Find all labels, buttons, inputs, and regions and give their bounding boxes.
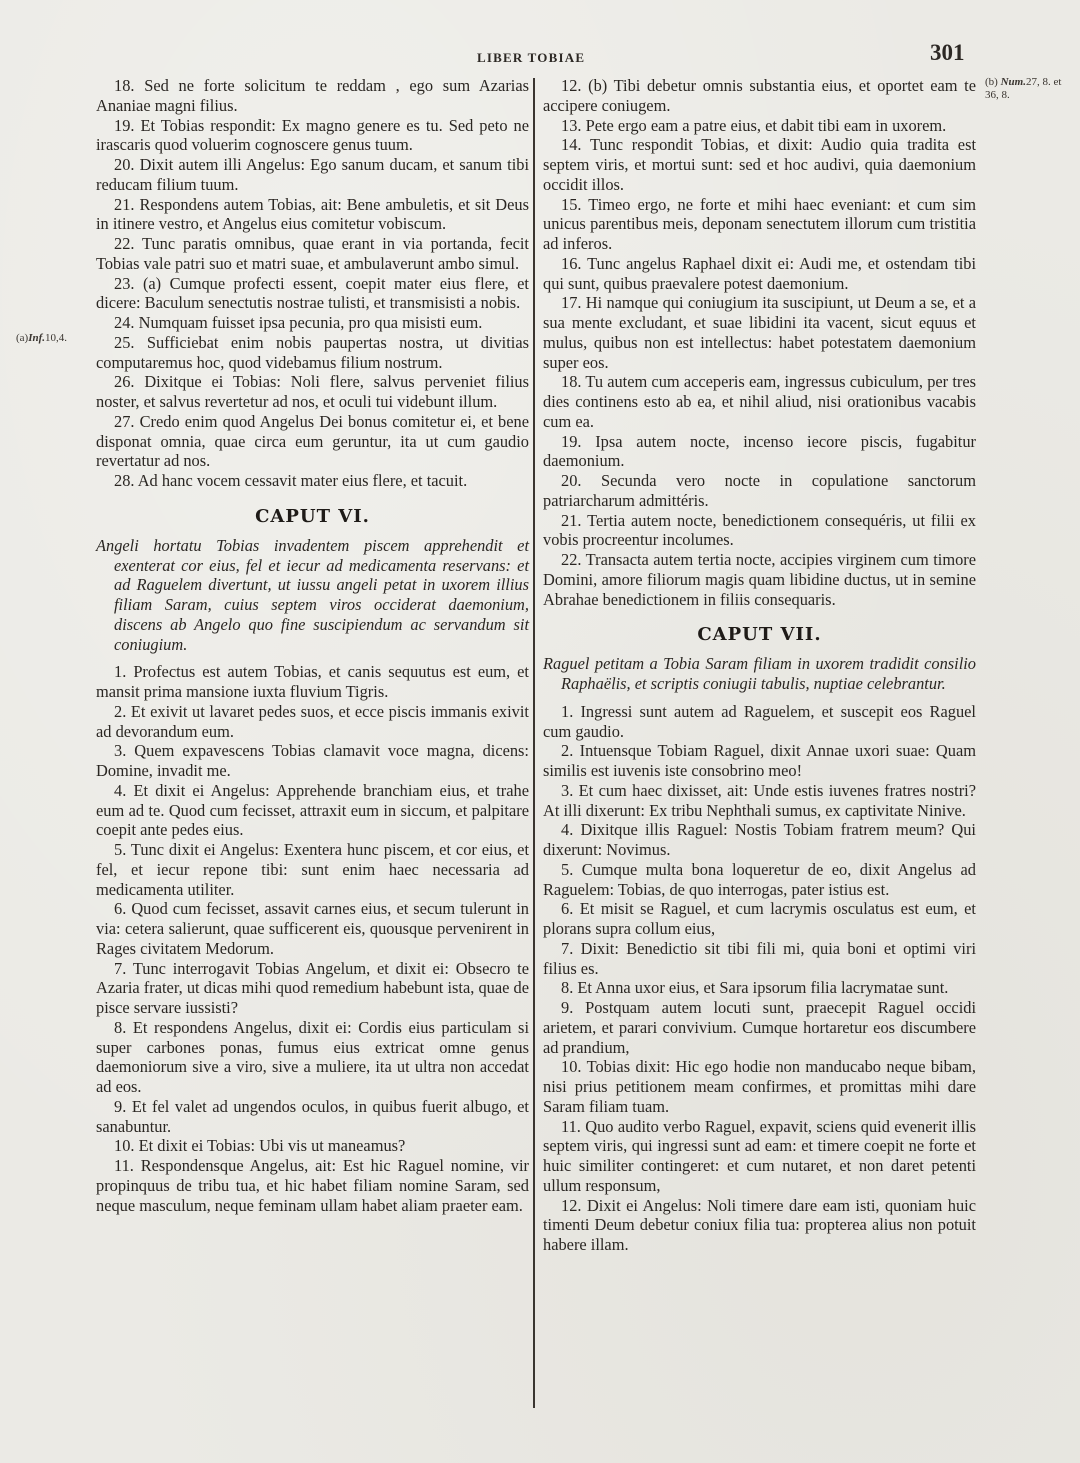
- verse-number: 19.: [114, 116, 135, 135]
- verse-number: 9.: [114, 1097, 126, 1116]
- verse-number: 8.: [114, 1018, 126, 1037]
- verse-number: 2.: [114, 702, 126, 721]
- verse: 19. Ipsa autem nocte, incenso iecore pis…: [543, 432, 976, 472]
- running-head: LIBER TOBIAE 301: [0, 46, 1080, 68]
- verse-text: Tunc angelus Raphael dixit ei: Audi me, …: [543, 254, 976, 293]
- verse-number: 5.: [561, 860, 573, 879]
- verse: 21. Respondens autem Tobias, ait: Bene a…: [96, 195, 529, 235]
- verse-text: Et respondens Angelus, dixit ei: Cordis …: [96, 1018, 529, 1096]
- verse-text: Et Anna uxor eius, et Sara ipsorum filia…: [577, 978, 948, 997]
- verse: 24. Numquam fuisset ipsa pecunia, pro qu…: [96, 313, 529, 333]
- verse: 18. Sed ne forte solicitum te reddam , e…: [96, 76, 529, 116]
- verse: 18. Tu autem cum acceperis eam, ingressu…: [543, 372, 976, 431]
- verse: 22. Transacta autem tertia nocte, accipi…: [543, 550, 976, 609]
- verse-list-ch6: 1. Profectus est autem Tobias, et canis …: [96, 662, 529, 1215]
- verse: 25. Sufficiebat enim nobis paupertas nos…: [96, 333, 529, 373]
- verse-text: Quod cum fecisset, assavit carnes eius, …: [96, 899, 529, 958]
- verse: 12. Dixit ei Angelus: Noli timere dare e…: [543, 1196, 976, 1255]
- verse-number: 5.: [114, 840, 126, 859]
- verse-text: Tu autem cum acceperis eam, ingressus cu…: [543, 372, 976, 431]
- right-column: 12. (b) Tibi debetur omnis substantia ei…: [543, 76, 976, 1255]
- margin-note-marker: (a): [16, 332, 28, 344]
- verse-text: Quo audito verbo Raguel, expavit, sciens…: [543, 1117, 976, 1195]
- verse-text: Ad hanc vocem cessavit mater eius flere,…: [138, 471, 468, 490]
- verse: 4. Dixitque illis Raguel: Nostis Tobiam …: [543, 820, 976, 860]
- verse: 11. Quo audito verbo Raguel, expavit, sc…: [543, 1117, 976, 1196]
- verse: 7. Tunc interrogavit Tobias Angelum, et …: [96, 959, 529, 1018]
- verse-text: Dixit autem illi Angelus: Ego sanum duca…: [96, 155, 529, 194]
- verse-text: Et dixit ei Tobias: Ubi vis ut maneamus?: [139, 1136, 406, 1155]
- verse-number: 22.: [561, 550, 582, 569]
- verse: 15. Timeo ergo, ne forte et mihi haec ev…: [543, 195, 976, 254]
- verse: 22. Tunc paratis omnibus, quae erant in …: [96, 234, 529, 274]
- verse: 6. Quod cum fecisset, assavit carnes eiu…: [96, 899, 529, 958]
- verse-text: Cumque multa bona loqueretur de eo, dixi…: [543, 860, 976, 899]
- verse-number: 11.: [561, 1117, 581, 1136]
- verse-text: Respondensque Angelus, ait: Est hic Ragu…: [96, 1156, 529, 1215]
- verse-number: 21.: [114, 195, 135, 214]
- verse: 19. Et Tobias respondit: Ex magno genere…: [96, 116, 529, 156]
- verse-text: Numquam fuisset ipsa pecunia, pro qua mi…: [139, 313, 483, 332]
- verse-text: (b) Tibi debetur omnis substantia eius, …: [543, 76, 976, 115]
- verse-text: Et fel valet ad ungendos oculos, in quib…: [96, 1097, 529, 1136]
- verse: 4. Et dixit ei Angelus: Apprehende branc…: [96, 781, 529, 840]
- verse-number: 27.: [114, 412, 135, 431]
- verse-text: Dixitque ei Tobias: Noli flere, salvus p…: [96, 372, 529, 411]
- verse: 1. Ingressi sunt autem ad Raguelem, et s…: [543, 702, 976, 742]
- verse: 2. Et exivit ut lavaret pedes suos, et e…: [96, 702, 529, 742]
- verse: 16. Tunc angelus Raphael dixit ei: Audi …: [543, 254, 976, 294]
- verse-number: 22.: [114, 234, 135, 253]
- verse-number: 12.: [561, 76, 582, 95]
- verse: 3. Et cum haec dixisset, ait: Unde estis…: [543, 781, 976, 821]
- column-divider: [533, 78, 535, 1408]
- verse: 8. Et respondens Angelus, dixit ei: Cord…: [96, 1018, 529, 1097]
- verse-text: Tobias dixit: Hic ego hodie non manducab…: [543, 1057, 976, 1116]
- verse-number: 3.: [114, 741, 126, 760]
- verse-number: 18.: [114, 76, 135, 95]
- verse-text: Profectus est autem Tobias, et canis seq…: [96, 662, 529, 701]
- verse-number: 19.: [561, 432, 582, 451]
- verse-number: 17.: [561, 293, 582, 312]
- verse-number: 11.: [114, 1156, 134, 1175]
- verse-list-ch5: 18. Sed ne forte solicitum te reddam , e…: [96, 76, 529, 491]
- verse-number: 10.: [561, 1057, 582, 1076]
- chapter-summary-7: Raguel petitam a Tobia Saram filiam in u…: [543, 654, 976, 694]
- verse-text: Dixit ei Angelus: Noli timere dare eam i…: [543, 1196, 976, 1255]
- verse: 5. Cumque multa bona loqueretur de eo, d…: [543, 860, 976, 900]
- verse: 9. Postquam autem locuti sunt, praecepit…: [543, 998, 976, 1057]
- verse: 14. Tunc respondit Tobias, et dixit: Aud…: [543, 135, 976, 194]
- verse: 1. Profectus est autem Tobias, et canis …: [96, 662, 529, 702]
- verse-number: 4.: [114, 781, 126, 800]
- verse-number: 2.: [561, 741, 573, 760]
- verse-text: Sufficiebat enim nobis paupertas nostra,…: [96, 333, 529, 372]
- verse-number: 1.: [114, 662, 126, 681]
- chapter-summary-6: Angeli hortatu Tobias invadentem piscem …: [96, 536, 529, 655]
- verse-number: 4.: [561, 820, 573, 839]
- verse-text: Et Tobias respondit: Ex magno genere es …: [96, 116, 529, 155]
- verse-number: 6.: [114, 899, 126, 918]
- chapter-heading-7: CAPUT VII.: [543, 624, 976, 646]
- verse-text: Et exivit ut lavaret pedes suos, et ecce…: [96, 702, 529, 741]
- verse-number: 16.: [561, 254, 582, 273]
- chapter-heading-6: CAPUT VI.: [96, 506, 529, 528]
- verse-text: Tunc respondit Tobias, et dixit: Audio q…: [543, 135, 976, 194]
- verse-number: 6.: [561, 899, 573, 918]
- verse: 3. Quem expavescens Tobias clamavit voce…: [96, 741, 529, 781]
- verse-text: Tertia autem nocte, benedictionem conseq…: [543, 511, 976, 550]
- verse: 26. Dixitque ei Tobias: Noli flere, salv…: [96, 372, 529, 412]
- verse-number: 26.: [114, 372, 135, 391]
- verse: 10. Tobias dixit: Hic ego hodie non mand…: [543, 1057, 976, 1116]
- verse: 13. Pete ergo eam a patre eius, et dabit…: [543, 116, 976, 136]
- verse-number: 14.: [561, 135, 582, 154]
- verse-number: 7.: [114, 959, 126, 978]
- verse-number: 9.: [561, 998, 573, 1017]
- left-column: 18. Sed ne forte solicitum te reddam , e…: [96, 76, 529, 1215]
- verse-number: 18.: [561, 372, 582, 391]
- verse-text: Tunc paratis omnibus, quae erant in via …: [96, 234, 529, 273]
- verse: 11. Respondensque Angelus, ait: Est hic …: [96, 1156, 529, 1215]
- verse-number: 20.: [114, 155, 135, 174]
- verse-text: Sed ne forte solicitum te reddam , ego s…: [96, 76, 529, 115]
- verse-text: (a) Cumque profecti essent, coepit mater…: [96, 274, 529, 313]
- verse-text: Transacta autem tertia nocte, accipies v…: [543, 550, 976, 609]
- verse-text: Respondens autem Tobias, ait: Bene ambul…: [96, 195, 529, 234]
- verse-text: Ipsa autem nocte, incenso iecore piscis,…: [543, 432, 976, 471]
- verse-text: Intuensque Tobiam Raguel, dixit Annae ux…: [543, 741, 976, 780]
- margin-note-marker: (b): [985, 76, 998, 88]
- verse-number: 13.: [561, 116, 582, 135]
- margin-note-loc: 10,4.: [45, 332, 67, 344]
- verse-text: Pete ergo eam a patre eius, et dabit tib…: [586, 116, 947, 135]
- verse: 2. Intuensque Tobiam Raguel, dixit Annae…: [543, 741, 976, 781]
- verse: 20. Dixit autem illi Angelus: Ego sanum …: [96, 155, 529, 195]
- verse: 21. Tertia autem nocte, benedictionem co…: [543, 511, 976, 551]
- verse-number: 28.: [114, 471, 135, 490]
- verse-number: 7.: [561, 939, 573, 958]
- verse: 17. Hi namque qui coniugium ita suscipiu…: [543, 293, 976, 372]
- verse-text: Et misit se Raguel, et cum lacrymis oscu…: [543, 899, 976, 938]
- margin-note-ref: Num.: [1001, 76, 1026, 88]
- verse: 8. Et Anna uxor eius, et Sara ipsorum fi…: [543, 978, 976, 998]
- verse-text: Postquam autem locuti sunt, praecepit Ra…: [543, 998, 976, 1057]
- verse-number: 25.: [114, 333, 135, 352]
- margin-note-ref: Inf.: [28, 332, 45, 344]
- verse-text: Tunc dixit ei Angelus: Exentera hunc pis…: [96, 840, 529, 899]
- verse-text: Dixitque illis Raguel: Nostis Tobiam fra…: [543, 820, 976, 859]
- verse-number: 20.: [561, 471, 582, 490]
- verse: 27. Credo enim quod Angelus Dei bonus co…: [96, 412, 529, 471]
- verse-number: 21.: [561, 511, 582, 530]
- verse-text: Et cum haec dixisset, ait: Unde estis iu…: [543, 781, 976, 820]
- verse-number: 12.: [561, 1196, 582, 1215]
- verse-number: 15.: [561, 195, 582, 214]
- verse-text: Et dixit ei Angelus: Apprehende branchia…: [96, 781, 529, 840]
- verse-number: 1.: [561, 702, 573, 721]
- verse: 9. Et fel valet ad ungendos oculos, in q…: [96, 1097, 529, 1137]
- verse: 23. (a) Cumque profecti essent, coepit m…: [96, 274, 529, 314]
- book-page: LIBER TOBIAE 301 (a)Inf.10,4. (b) Num.27…: [0, 0, 1080, 1463]
- verse: 7. Dixit: Benedictio sit tibi fili mi, q…: [543, 939, 976, 979]
- verse-list-ch7: 1. Ingressi sunt autem ad Raguelem, et s…: [543, 702, 976, 1255]
- verse: 20. Secunda vero nocte in copulatione sa…: [543, 471, 976, 511]
- verse-number: 24.: [114, 313, 135, 332]
- verse: 6. Et misit se Raguel, et cum lacrymis o…: [543, 899, 976, 939]
- verse-list-ch6-cont: 12. (b) Tibi debetur omnis substantia ei…: [543, 76, 976, 609]
- verse-text: Timeo ergo, ne forte et mihi haec evenia…: [543, 195, 976, 254]
- verse: 12. (b) Tibi debetur omnis substantia ei…: [543, 76, 976, 116]
- verse-number: 3.: [561, 781, 573, 800]
- verse: 28. Ad hanc vocem cessavit mater eius fl…: [96, 471, 529, 491]
- verse-number: 23.: [114, 274, 135, 293]
- verse-text: Hi namque qui coniugium ita suscipiunt, …: [543, 293, 976, 371]
- verse-number: 10.: [114, 1136, 135, 1155]
- verse-text: Ingressi sunt autem ad Raguelem, et susc…: [543, 702, 976, 741]
- verse-text: Quem expavescens Tobias clamavit voce ma…: [96, 741, 529, 780]
- margin-note-left: (a)Inf.10,4.: [16, 332, 67, 345]
- verse: 10. Et dixit ei Tobias: Ubi vis ut manea…: [96, 1136, 529, 1156]
- running-title: LIBER TOBIAE: [477, 50, 585, 66]
- verse-text: Credo enim quod Angelus Dei bonus comite…: [96, 412, 529, 471]
- verse-number: 8.: [561, 978, 573, 997]
- verse-text: Secunda vero nocte in copulatione sancto…: [543, 471, 976, 510]
- margin-note-right: (b) Num.27, 8. et 36, 8.: [985, 76, 1065, 102]
- verse-text: Dixit: Benedictio sit tibi fili mi, quia…: [543, 939, 976, 978]
- verse: 5. Tunc dixit ei Angelus: Exentera hunc …: [96, 840, 529, 899]
- verse-text: Tunc interrogavit Tobias Angelum, et dix…: [96, 959, 529, 1018]
- page-number: 301: [930, 40, 965, 66]
